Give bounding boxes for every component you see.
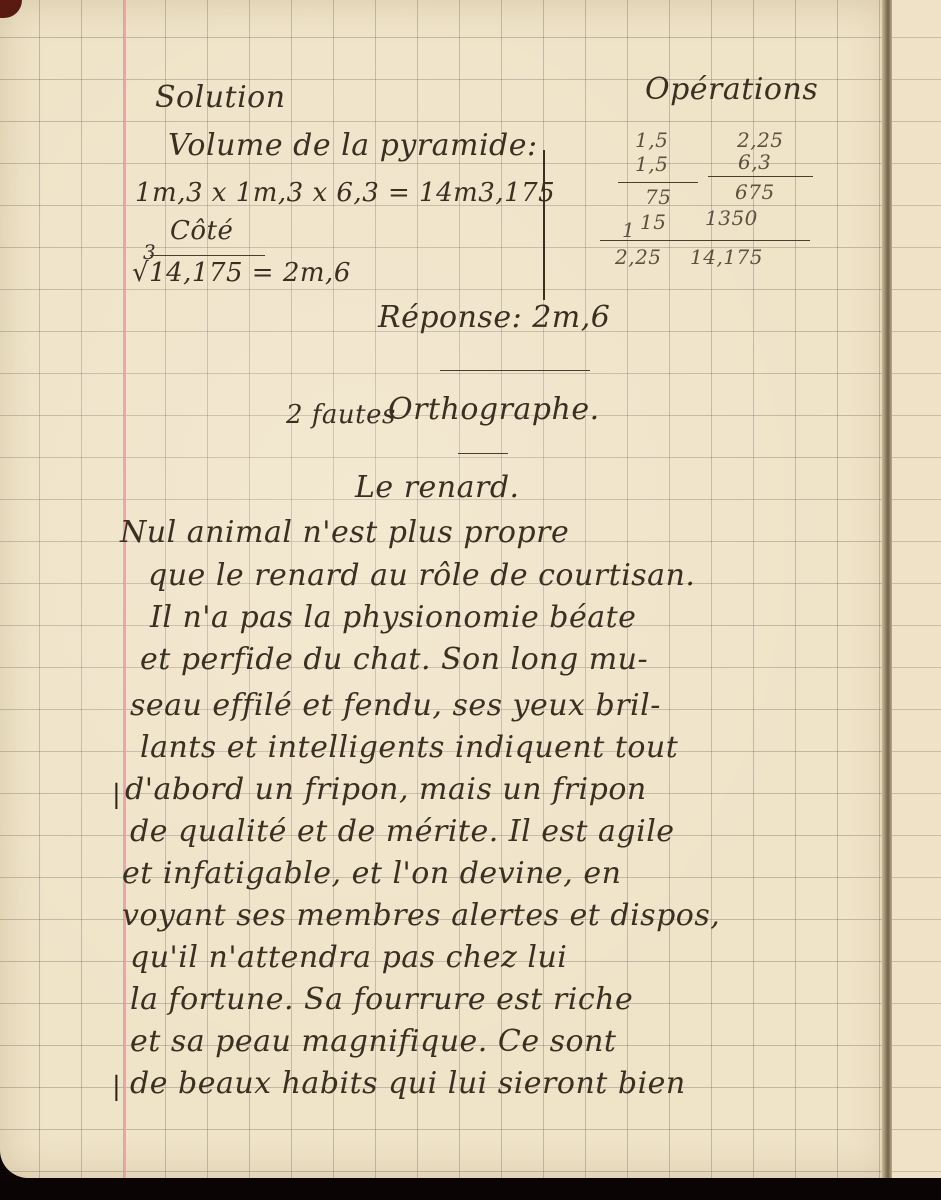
dictation-line-9: et infatigable, et l'on devine, en — [122, 856, 621, 891]
dictation-line-2: que le renard au rôle de courtisan. — [148, 558, 695, 593]
dictation-line-5: seau effilé et fendu, ses yeux bril- — [130, 688, 661, 723]
dictation-line-14: de beaux habits qui lui sieront bien — [130, 1066, 686, 1101]
operations-heading: Opérations — [645, 72, 818, 107]
root-bar — [150, 255, 265, 256]
notebook-page: Solution Volume de la pyramide: 1m,3 x 1… — [0, 0, 890, 1178]
dictation-line-7: d'abord un fripon, mais un fripon — [125, 772, 647, 807]
solution-volume-line: Volume de la pyramide: — [168, 128, 538, 163]
page-corner-shadow — [0, 0, 22, 18]
dictation-line-6: lants et intelligents indiquent tout — [140, 730, 678, 765]
correction-mark-1: | — [112, 780, 121, 810]
dictation-line-3: Il n'a pas la physionomie béate — [150, 600, 636, 635]
answer-underline — [440, 370, 590, 371]
facing-page-edge — [892, 0, 941, 1180]
mult1-result: 2,25 — [615, 245, 662, 269]
mult1-partial1: 75 — [645, 185, 671, 209]
solution-volume-calc: 1m,3 x 1m,3 x 6,3 = 14m3,175 — [135, 178, 555, 208]
mult1-partial2: 15 — [640, 210, 666, 234]
separator-vertical — [543, 150, 545, 300]
mult1-b: 1,5 — [635, 152, 668, 176]
correction-mark-2: | — [112, 1072, 121, 1102]
mult2-bar — [708, 176, 813, 177]
dictation-line-4: et perfide du chat. Son long mu- — [140, 642, 648, 677]
mult2-partial1: 675 — [735, 180, 775, 204]
red-margin-line — [124, 0, 126, 1178]
mult2-result: 14,175 — [690, 245, 763, 269]
mult1-carry: 1 — [622, 218, 635, 242]
orthographe-heading: Orthographe. — [388, 392, 600, 427]
operations-result-bar — [600, 240, 810, 241]
dictation-line-12: la fortune. Sa fourrure est riche — [130, 982, 633, 1017]
mult2-partial2: 1350 — [705, 206, 758, 230]
mult2-a: 2,25 — [737, 128, 784, 152]
mult1-a: 1,5 — [635, 128, 668, 152]
solution-root-calc: √14,175 = 2m,6 — [132, 258, 351, 288]
errors-margin-note: 2 fautes — [286, 400, 396, 430]
answer-line: Réponse: 2m,6 — [378, 300, 610, 335]
solution-side-label: Côté — [170, 216, 233, 246]
heading-divider — [458, 453, 508, 454]
mult2-b: 6,3 — [738, 150, 771, 174]
dictation-line-8: de qualité et de mérite. Il est agile — [130, 814, 675, 849]
notebook-gutter — [882, 0, 892, 1180]
solution-heading: Solution — [155, 80, 286, 115]
mult1-bar — [618, 182, 698, 183]
dictation-line-13: et sa peau magnifique. Ce sont — [130, 1024, 616, 1059]
dictation-line-10: voyant ses membres alertes et dispos, — [122, 898, 720, 933]
scan-background-bottom — [0, 1178, 941, 1200]
dictation-title: Le renard. — [355, 470, 520, 505]
dictation-line-11: qu'il n'attendra pas chez lui — [130, 940, 567, 975]
dictation-line-1: Nul animal n'est plus propre — [120, 515, 569, 550]
